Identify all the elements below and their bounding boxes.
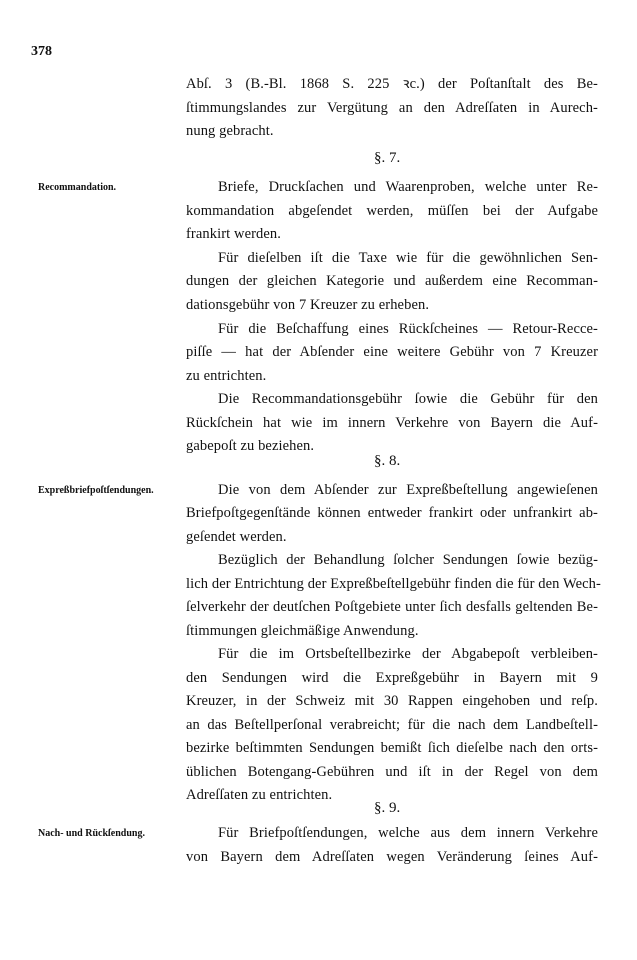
section-7-line: dationsgebühr von 7 Kreuzer zu erheben. [186, 294, 598, 318]
section-heading-9: §. 9. [0, 800, 637, 817]
section-8-line: geſendet werden. [186, 526, 598, 550]
section-8-line: Bezüglich der Behandlung ſolcher Sendung… [218, 549, 598, 573]
section-heading-8: §. 8. [0, 453, 637, 470]
page-number: 378 [31, 44, 52, 60]
section-7-line: Für dieſelben iſt die Taxe wie für die g… [218, 247, 598, 271]
section-8-line: ſelverkehr der deutſchen Poſtgebiete unt… [186, 596, 598, 620]
section-8-line: an das Beſtellperſonal verabreicht; für … [186, 714, 598, 738]
section-7-line: frankirt werden. [186, 223, 598, 247]
section-8-line: Kreuzer, in der Schweiz mit 30 Rappen ei… [186, 690, 598, 714]
intro-line: Abſ. 3 (B.-Bl. 1868 S. 225 ꝛc.) der Poſt… [186, 73, 598, 97]
section-8-line: den Sendungen wird die Expreßgebühr in B… [186, 667, 598, 691]
section-7-line: Briefe, Druckſachen und Waarenproben, we… [218, 176, 598, 200]
section-7-line: Für die Beſchaffung eines Rückſcheines —… [218, 318, 598, 342]
section-8-line: Die von dem Abſender zur Expreßbeſtellun… [218, 479, 598, 503]
section-9-line: von Bayern dem Adreſſaten wegen Veränder… [186, 846, 598, 870]
margin-note-recommandation: Recommandation. [38, 182, 116, 193]
section-7-line: dungen der gleichen Kategorie und außerd… [186, 270, 598, 294]
section-8-line: üblichen Botengang-Gebühren und iſt in d… [186, 761, 598, 785]
intro-line: ſtimmungslandes zur Vergütung an den Adr… [186, 97, 598, 121]
section-8-line: Für die im Ortsbeſtellbezirke der Abgabe… [218, 643, 598, 667]
margin-note-expressbriefpostsendungen: Expreßbriefpoſtſendungen. [38, 485, 154, 496]
section-8-line: lich der Entrichtung der Expreßbeſtellge… [186, 573, 598, 597]
section-7-line: Rückſchein hat wie im innern Verkehre vo… [186, 412, 598, 436]
margin-note-nach-und-ruecksendung: Nach- und Rückſendung. [38, 828, 145, 839]
intro-line: nung gebracht. [186, 120, 598, 144]
section-7-line: Die Recommandationsgebühr ſowie die Gebü… [218, 388, 598, 412]
section-9-line: Für Briefpoſtſendungen, welche aus dem i… [218, 822, 598, 846]
section-7-line: piſſe — hat der Abſender eine weitere Ge… [186, 341, 598, 365]
section-8-line: bezirke beſtimmten Sendungen bemißt ſich… [186, 737, 598, 761]
section-heading-7: §. 7. [0, 150, 637, 167]
section-8-line: ſtimmungen gleichmäßige Anwendung. [186, 620, 598, 644]
section-8-line: Briefpoſtgegenſtände können entweder fra… [186, 502, 598, 526]
section-7-line: kommandation abgeſendet werden, müſſen b… [186, 200, 598, 224]
section-7-line: zu entrichten. [186, 365, 598, 389]
